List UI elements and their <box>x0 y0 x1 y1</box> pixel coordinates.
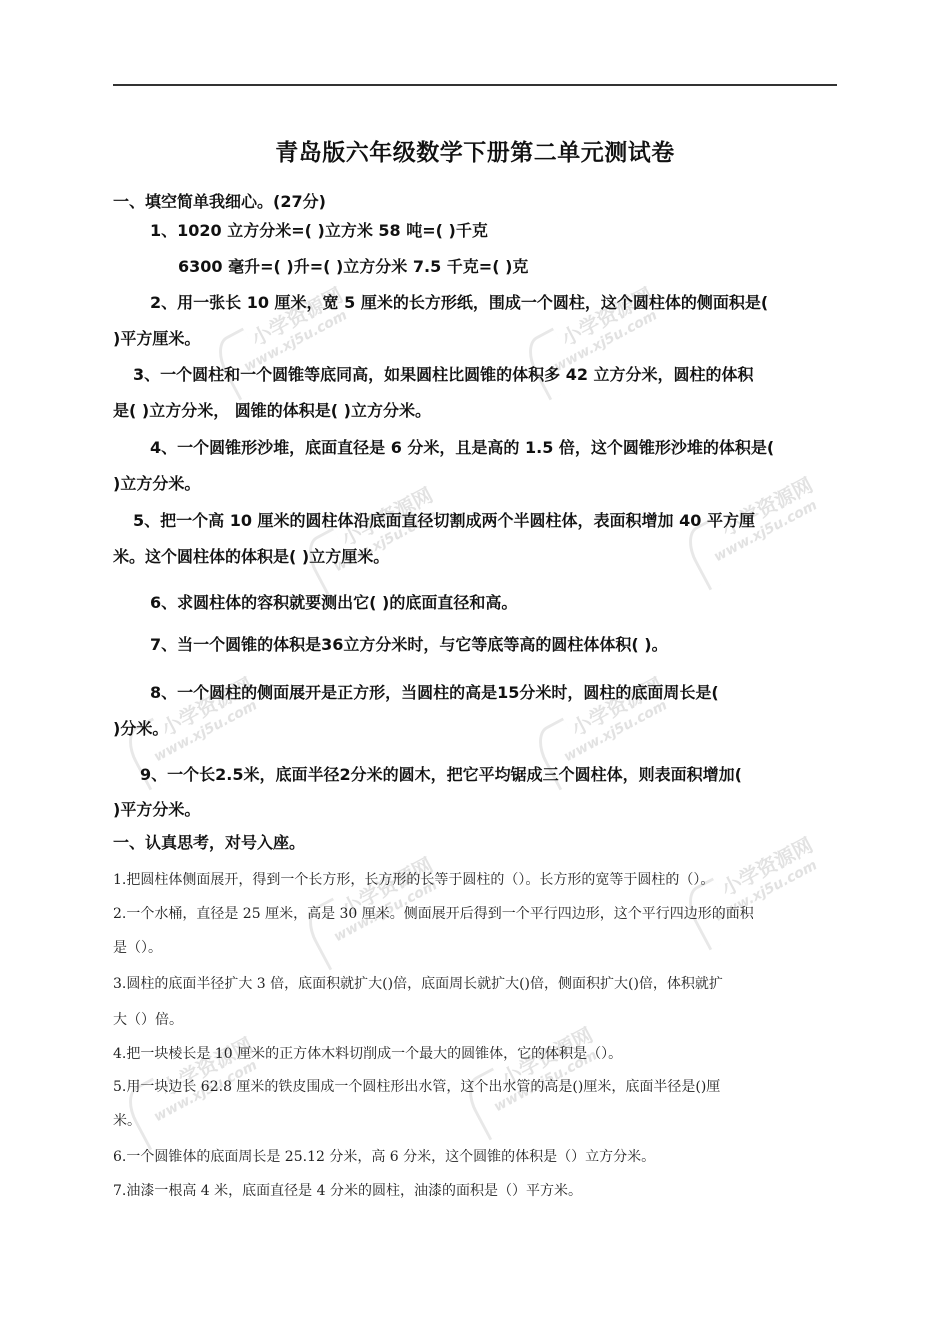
question-line: 5.用一块边长 62.8 厘米的铁皮围成一个圆柱形出水管，这个出水管的高是()厘… <box>113 1076 720 1096</box>
question-line: 4.把一块棱长是 10 厘米的正方体木料切削成一个最大的圆锥体，它的体积是（）。 <box>113 1043 622 1063</box>
question-line: 8、一个圆柱的侧面展开是正方形，当圆柱的高是15分米时，圆柱的底面周长是( <box>150 680 719 703</box>
question-line: )立方分米。 <box>113 471 200 494</box>
question-line: 4、一个圆锥形沙堆，底面直径是 6 分米，且是高的 1.5 倍，这个圆锥形沙堆的… <box>150 435 774 458</box>
question-line: 3、一个圆柱和一个圆锥等底同高，如果圆柱比圆锥的体积多 42 立方分米，圆柱的体… <box>133 362 754 385</box>
question-line: )分米。 <box>113 716 168 739</box>
question-line: 1、1020 立方分米=( )立方米 58 吨=( )千克 <box>150 218 488 241</box>
question-line: 2.一个水桶，直径是 25 厘米，高是 30 厘米。侧面展开后得到一个平行四边形… <box>113 903 754 923</box>
question-line: 米。这个圆柱体的体积是( )立方厘米。 <box>113 544 389 567</box>
question-line: 9、一个长2.5米，底面半径2分米的圆木，把它平均锯成三个圆柱体，则表面积增加( <box>140 762 742 785</box>
question-line: 是（）。 <box>113 937 162 957</box>
question-line: 大（）倍。 <box>113 1009 183 1029</box>
question-line: 1.把圆柱体侧面展开，得到一个长方形，长方形的长等于圆柱的（）。长方形的宽等于圆… <box>113 869 714 889</box>
question-line: 6.一个圆锥体的底面周长是 25.12 分米，高 6 分米，这个圆锥的体积是（）… <box>113 1146 655 1166</box>
question-line: 7.油漆一根高 4 米，底面直径是 4 分米的圆柱，油漆的面积是（）平方米。 <box>113 1180 582 1200</box>
question-line: 6、求圆柱体的容积就要测出它( )的底面直径和高。 <box>150 590 517 613</box>
section-heading: 一、填空简单我细心。(27分) <box>113 189 326 212</box>
question-line: 7、当一个圆锥的体积是36立方分米时，与它等底等高的圆柱体体积( )。 <box>150 632 668 655</box>
question-line: 5、把一个高 10 厘米的圆柱体沿底面直径切割成两个半圆柱体，表面积增加 40 … <box>133 508 755 531</box>
header-rule <box>113 84 837 86</box>
question-line: 6300 毫升=( )升=( )立方分米 7.5 千克=( )克 <box>178 254 528 277</box>
question-line: 米。 <box>113 1110 141 1130</box>
question-line: )平方厘米。 <box>113 326 200 349</box>
page-title: 青岛版六年级数学下册第二单元测试卷 <box>0 134 950 167</box>
question-line: )平方分米。 <box>113 797 200 820</box>
question-line: 是( )立方分米， 圆锥的体积是( )立方分米。 <box>113 398 431 421</box>
question-line: 2、用一张长 10 厘米，宽 5 厘米的长方形纸，围成一个圆柱，这个圆柱体的侧面… <box>150 290 768 313</box>
question-line: 3.圆柱的底面半径扩大 3 倍，底面积就扩大()倍，底面周长就扩大()倍，侧面积… <box>113 973 723 993</box>
section-heading: 一、认真思考，对号入座。 <box>113 830 305 853</box>
